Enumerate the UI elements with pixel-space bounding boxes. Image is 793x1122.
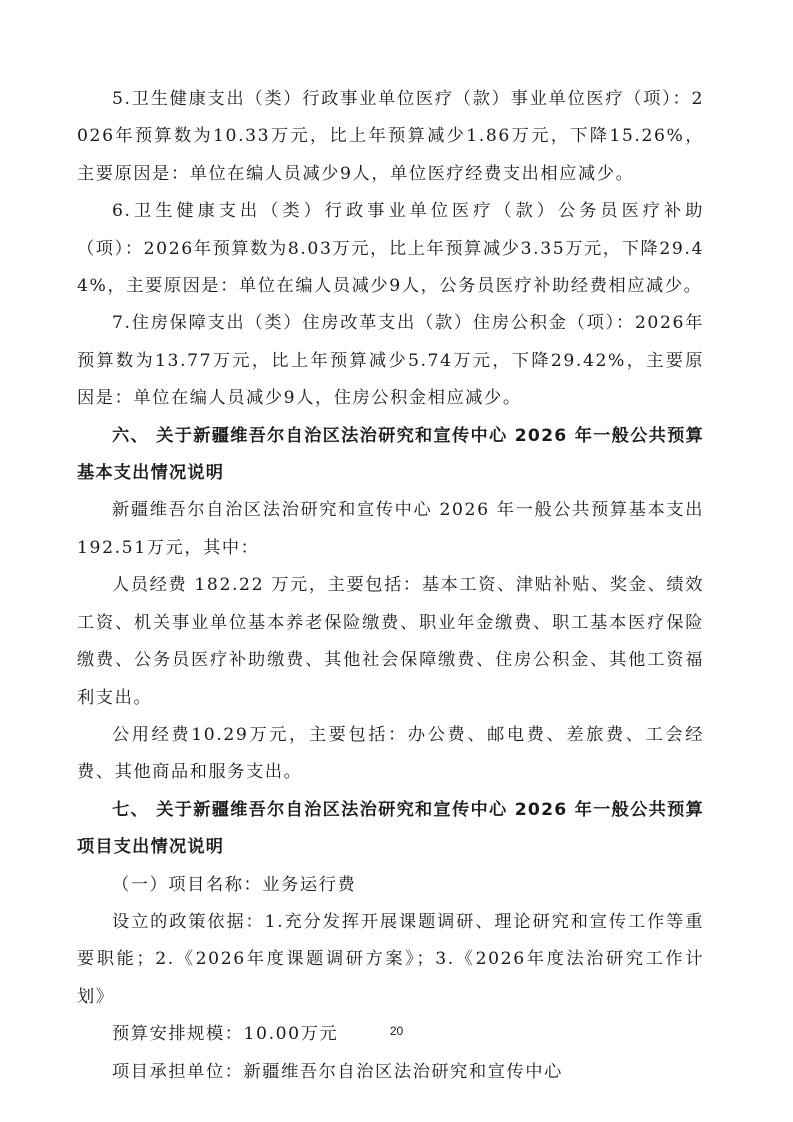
section-heading-basic-expenditure: 六、 关于新疆维吾尔自治区法治研究和宣传中心 2026 年一般公共预算基本支出情… bbox=[77, 418, 704, 493]
paragraph-personnel-expenses: 人员经费 182.22 万元，主要包括：基本工资、津贴补贴、奖金、绩效工资、机关… bbox=[77, 567, 704, 717]
paragraph-civil-servant-medical-subsidy: 6.卫生健康支出（类）行政事业单位医疗（款）公务员医疗补助（项）：2026年预算… bbox=[77, 193, 704, 305]
section-heading-project-expenditure: 七、 关于新疆维吾尔自治区法治研究和宣传中心 2026 年一般公共预算项目支出情… bbox=[77, 792, 704, 867]
paragraph-basic-expenditure-total: 新疆维吾尔自治区法治研究和宣传中心 2026 年一般公共预算基本支出192.51… bbox=[77, 492, 704, 567]
paragraph-health-institution-medical: 5.卫生健康支出（类）行政事业单位医疗（款）事业单位医疗（项）：2026年预算数… bbox=[77, 81, 704, 193]
paragraph-policy-basis: 设立的政策依据：1.充分发挥开展课题调研、理论研究和宣传工作等重要职能；2.《2… bbox=[77, 904, 704, 1016]
document-page: 5.卫生健康支出（类）行政事业单位医疗（款）事业单位医疗（项）：2026年预算数… bbox=[77, 81, 704, 1091]
paragraph-project-name: （一）项目名称：业务运行费 bbox=[77, 867, 704, 904]
paragraph-public-expenses: 公用经费10.29万元，主要包括：办公费、邮电费、差旅费、工会经费、其他商品和服… bbox=[77, 717, 704, 792]
paragraph-housing-provident-fund: 7.住房保障支出（类）住房改革支出（款）住房公积金（项）：2026年预算数为13… bbox=[77, 305, 704, 417]
page-number: 20 bbox=[0, 1024, 793, 1038]
paragraph-responsible-unit: 项目承担单位：新疆维吾尔自治区法治研究和宣传中心 bbox=[77, 1054, 704, 1091]
